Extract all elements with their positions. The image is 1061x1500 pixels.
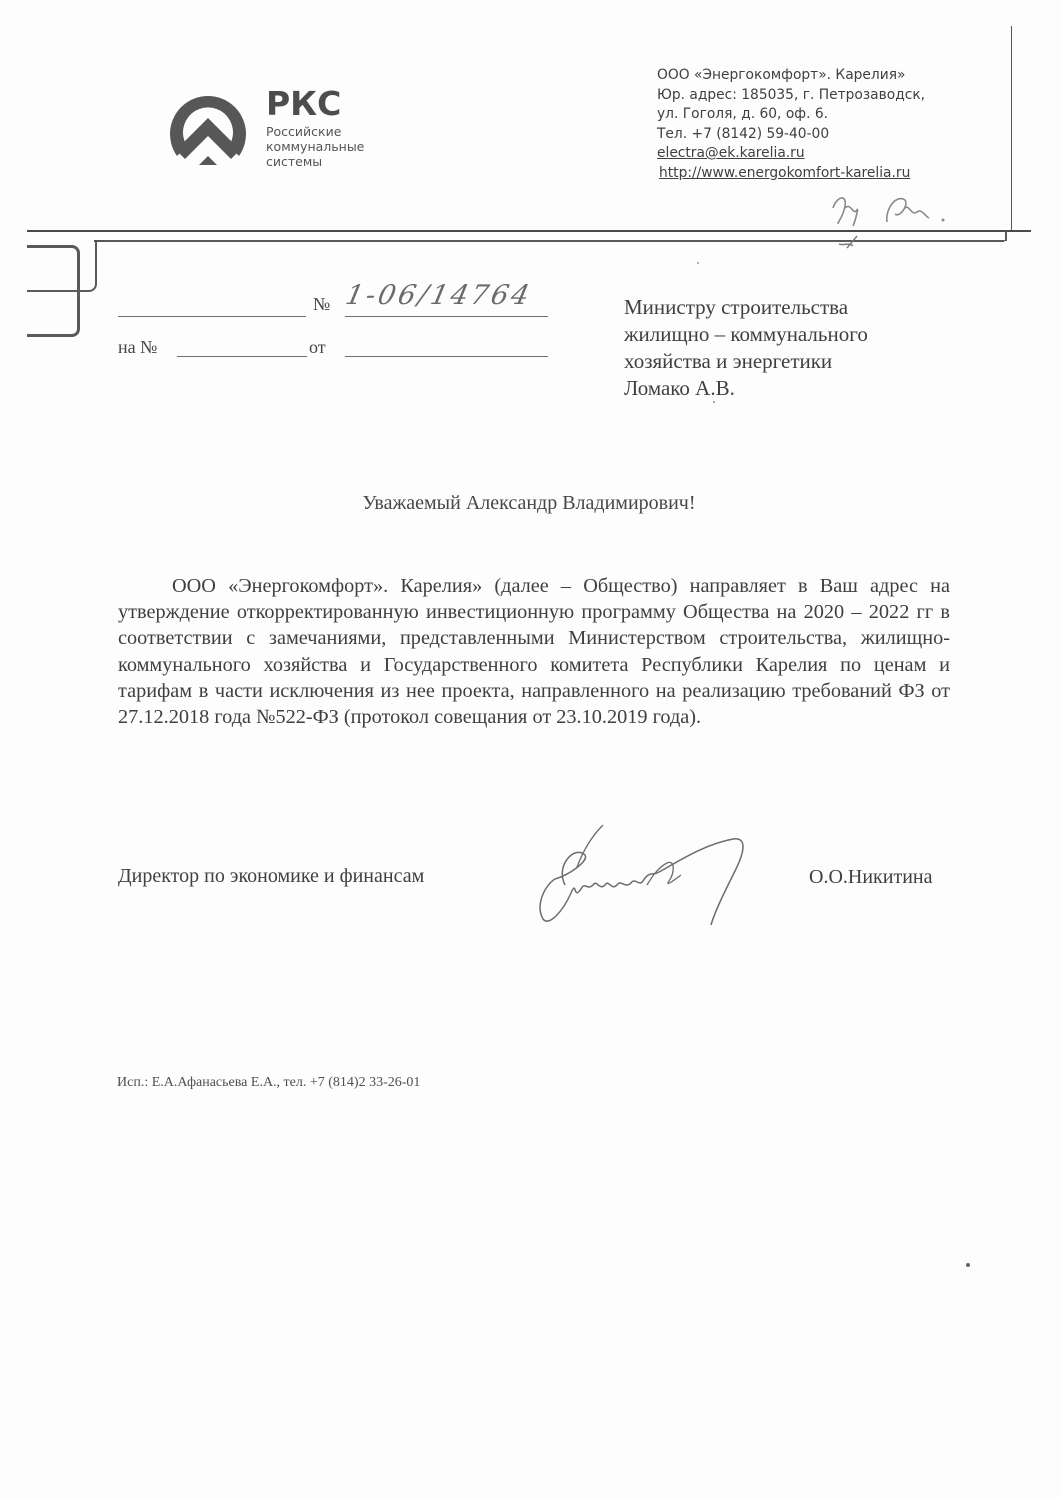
signature-icon bbox=[525, 815, 755, 935]
logo-text-line: коммунальные bbox=[266, 139, 364, 154]
frame-line bbox=[94, 240, 104, 242]
handwritten-mark bbox=[825, 186, 965, 256]
reply-to-number-field[interactable] bbox=[177, 356, 307, 357]
addressee-line: хозяйства и энергетики bbox=[624, 348, 868, 375]
from-label: от bbox=[309, 337, 326, 358]
logo-text-line: системы bbox=[266, 154, 322, 169]
legal-address-line: ул. Гоголя, д. 60, оф. 6. bbox=[657, 105, 925, 125]
outgoing-number-line bbox=[345, 316, 548, 317]
company-requisites: ООО «Энергокомфорт». Карелия» Юр. адрес:… bbox=[657, 66, 925, 183]
addressee-line: жилищно – коммунального bbox=[624, 321, 868, 348]
date-field-line bbox=[118, 316, 306, 317]
scan-speck bbox=[966, 1263, 970, 1267]
letter-body: ООО «Энергокомфорт». Карелия» (далее – О… bbox=[118, 573, 950, 730]
legal-address-line: Юр. адрес: 185035, г. Петрозаводск, bbox=[657, 86, 925, 106]
company-phone: Тел. +7 (8142) 59-40-00 bbox=[657, 125, 925, 145]
company-email-link[interactable]: electra@ek.karelia.ru bbox=[657, 144, 925, 164]
number-sign: № bbox=[313, 294, 330, 315]
logo-abbreviation: РКС bbox=[266, 84, 341, 123]
reply-to-label: на № bbox=[118, 337, 157, 358]
company-website-link[interactable]: http://www.energokomfort-karelia.ru bbox=[659, 164, 925, 184]
body-paragraph: ООО «Энергокомфорт». Карелия» (далее – О… bbox=[118, 573, 950, 730]
signer-position: Директор по экономике и финансам bbox=[118, 865, 424, 888]
frame-bracket bbox=[27, 240, 97, 292]
frame-line bbox=[1005, 231, 1007, 241]
scan-speck bbox=[713, 401, 715, 403]
greeting-text: Уважаемый Александр Владимирович! bbox=[362, 492, 695, 514]
from-date-field[interactable] bbox=[345, 356, 548, 357]
rks-logo-icon bbox=[163, 84, 253, 170]
frame-line bbox=[1011, 26, 1012, 231]
outgoing-number: 1-06/14764 bbox=[343, 280, 535, 311]
signer-name: О.О.Никитина bbox=[809, 866, 932, 889]
scan-speck bbox=[697, 262, 699, 264]
greeting: Уважаемый Александр Владимирович! bbox=[0, 492, 1061, 515]
addressee-line: Ломако А.В. bbox=[624, 375, 868, 402]
company-name: ООО «Энергокомфорт». Карелия» bbox=[657, 66, 925, 86]
addressee: Министру строительства жилищно – коммуна… bbox=[624, 294, 868, 402]
addressee-line: Министру строительства bbox=[624, 294, 868, 321]
logo-text-line: Российские bbox=[266, 124, 341, 139]
executor-info: Исп.: Е.А.Афанасьева Е.А., тел. +7 (814)… bbox=[117, 1075, 420, 1091]
